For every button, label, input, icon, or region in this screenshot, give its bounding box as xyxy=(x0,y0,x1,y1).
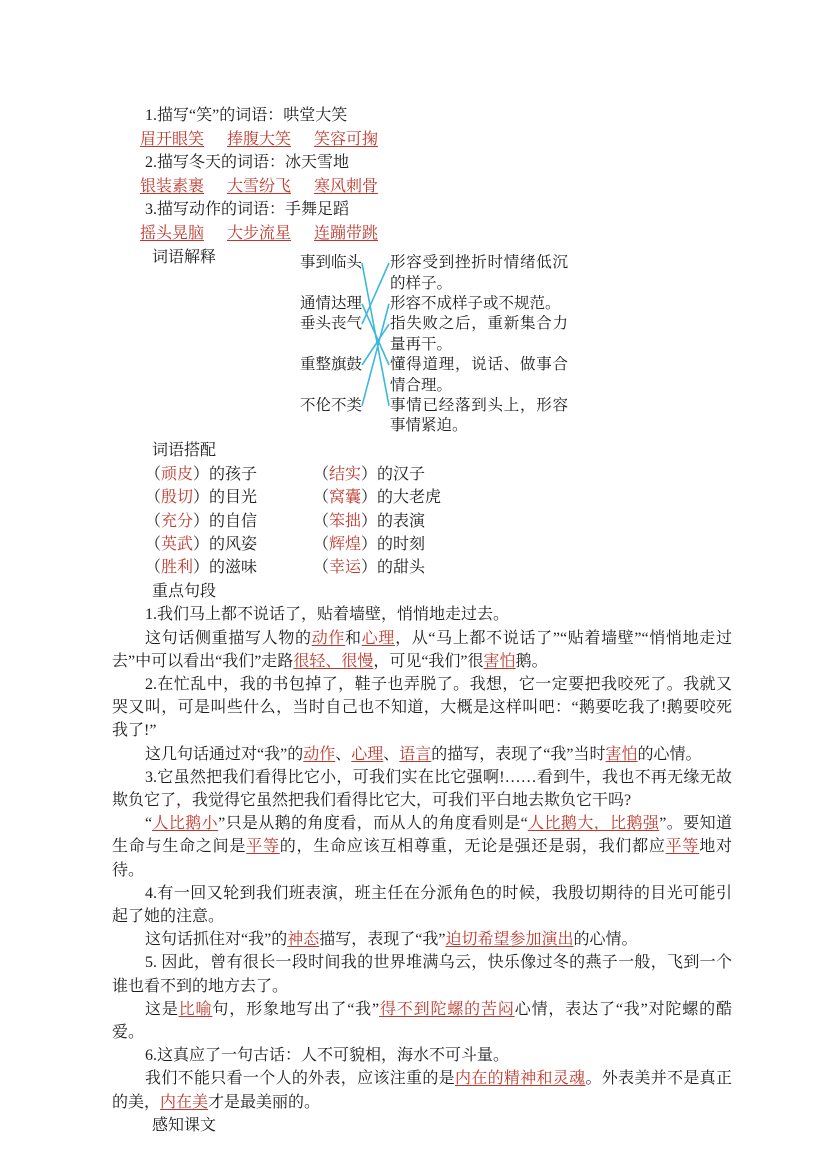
text-run: 6.这真应了一句古话：人不可貌相，海水不可斗量。 xyxy=(145,1047,509,1064)
highlighted-term: 平等 xyxy=(666,838,700,855)
match-line xyxy=(362,304,389,365)
paren-close: ） xyxy=(193,559,209,576)
collocation-tail: 的汉子 xyxy=(377,466,425,483)
text-run: 的心情。 xyxy=(638,746,702,763)
match-line xyxy=(362,324,389,365)
paren-close: ） xyxy=(193,489,209,506)
key-sentence-paragraph: 这几句话通过对“我”的动作、心理、语言的描写，表现了“我”当时害怕的心情。 xyxy=(112,743,732,766)
definition-text: 指失败之后，重新集合力量再干。 xyxy=(390,314,568,355)
collocation-item: （充分）的自信 xyxy=(145,510,313,533)
collocations-section: （顽皮）的孩子（结实）的汉子（殷切）的目光（窝囊）的大老虎（充分）的自信（笨拙）… xyxy=(145,463,732,580)
word-list-prompt: 3.描写动作的词语：手舞足蹈 xyxy=(112,198,732,222)
collocation-blank: 顽皮 xyxy=(161,466,193,483)
highlighted-term: 比喻 xyxy=(179,1001,213,1018)
collocation-tail: 的孩子 xyxy=(209,466,257,483)
match-line xyxy=(362,304,389,406)
collocation-item: （窝囊）的大老虎 xyxy=(313,486,732,509)
collocation-blank: 笨拙 xyxy=(329,513,361,530)
text-run: 的描写，表现了“我”当时 xyxy=(431,746,605,763)
idiom-label: 事到临头 xyxy=(300,253,362,273)
word-lists-section: 1.描写“笑”的词语：哄堂大笑眉开眼笑捧腹大笑笑容可掬2.描写冬天的词语：冰天雪… xyxy=(112,104,732,246)
text-run: 这几句话通过对“我”的 xyxy=(145,746,303,763)
highlighted-term: 迫切希望参加演出 xyxy=(445,931,573,948)
idiom-label: 重整旗鼓 xyxy=(300,355,362,375)
highlighted-term: 动作 xyxy=(303,746,335,763)
key-sentence-paragraph: 这句话抓住对“我”的神态描写，表现了“我”迫切希望参加演出的心情。 xyxy=(112,928,732,951)
heading-perceive-text: 感知课文 xyxy=(112,1114,732,1138)
paren-close: ） xyxy=(361,513,377,530)
idiom-label: 通情达理 xyxy=(300,294,362,314)
answer-word: 银装素裹 xyxy=(140,178,204,195)
answer-word: 笑容可掬 xyxy=(314,131,378,148)
collocation-tail: 的甜头 xyxy=(377,559,425,576)
paren-close: ） xyxy=(193,513,209,530)
word-list-answers: 摇头晃脑大步流星连蹦带跳 xyxy=(112,222,732,246)
text-run: 的，生命应该互相尊重，无论是强还是弱，我们都应 xyxy=(280,838,666,855)
heading-word-collocation: 词语搭配 xyxy=(112,439,732,463)
highlighted-term: 人比鹅小 xyxy=(152,815,218,832)
collocation-blank: 窝囊 xyxy=(329,489,361,506)
paren-open: （ xyxy=(145,559,161,576)
document-page: 1.描写“笑”的词语：哄堂大笑眉开眼笑捧腹大笑笑容可掬2.描写冬天的词语：冰天雪… xyxy=(0,0,826,1137)
text-run: 的心情。 xyxy=(573,931,637,948)
definition-text: 形容受到挫折时情绪低沉的样子。 xyxy=(390,253,568,294)
text-run: 3.它虽然把我们看得比它小，可我们实在比它强啊!……看到牛，我也不再无缘无故欺负… xyxy=(112,769,732,809)
word-list-answers: 眉开眼笑捧腹大笑笑容可掬 xyxy=(112,128,732,152)
answer-word: 眉开眼笑 xyxy=(140,131,204,148)
heading-key-sentences: 重点句段 xyxy=(112,580,732,604)
collocation-item: （结实）的汉子 xyxy=(313,463,732,486)
match-line xyxy=(362,263,389,406)
text-run: 、 xyxy=(335,746,351,763)
collocation-blank: 充分 xyxy=(161,513,193,530)
text-run: 5. 因此，曾有很长一段时间我的世界堆满乌云，快乐像过冬的燕子一般，飞到一个谁也… xyxy=(112,954,732,994)
idiom-label: 不伦不类 xyxy=(300,396,362,416)
paren-open: （ xyxy=(145,513,161,530)
highlighted-term: 神态 xyxy=(287,931,319,948)
key-sentence-paragraph: 6.这真应了一句古话：人不可貌相，海水不可斗量。 xyxy=(112,1044,732,1067)
matching-diagram: 事到临头通情达理垂头丧气重整旗鼓不伦不类形容受到挫折时情绪低沉的样子。形容不成样… xyxy=(300,253,600,439)
paren-open: （ xyxy=(313,489,329,506)
definition-text: 懂得道理，说话、做事合情合理。 xyxy=(390,355,568,396)
collocation-blank: 英武 xyxy=(161,536,193,553)
collocation-item: （笨拙）的表演 xyxy=(313,510,732,533)
collocation-tail: 的自信 xyxy=(209,513,257,530)
text-run: 描写，表现了“我” xyxy=(319,931,445,948)
text-run: 和 xyxy=(345,630,362,647)
word-list-answers: 银装素裹大雪纷飞寒风刺骨 xyxy=(112,175,732,199)
key-sentence-paragraph: 我们不能只看一个人的外表，应该注重的是内在的精神和灵魂。外表美并不是真正的美，内… xyxy=(112,1067,732,1113)
highlighted-term: 动作 xyxy=(312,630,345,647)
text-run: 句，形象地写出了“我” xyxy=(212,1001,379,1018)
answer-word: 摇头晃脑 xyxy=(140,225,204,242)
collocation-item: （胜利）的滋味 xyxy=(145,556,313,579)
paren-close: ） xyxy=(361,536,377,553)
text-run: 2.在忙乱中，我的书包掉了，鞋子也弄脱了。我想，它一定要把我咬死了。我就又哭又叫… xyxy=(112,676,732,739)
word-list-prompt: 1.描写“笑”的词语：哄堂大笑 xyxy=(112,104,732,128)
text-run: 、 xyxy=(383,746,399,763)
paren-open: （ xyxy=(313,536,329,553)
highlighted-term: 语言 xyxy=(399,746,431,763)
collocation-item: （幸运）的甜头 xyxy=(313,556,732,579)
answer-word: 寒风刺骨 xyxy=(314,178,378,195)
paren-open: （ xyxy=(313,559,329,576)
key-sentences-section: 1.我们马上都不说话了，贴着墙壁，悄悄地走过去。这句话侧重描写人物的动作和心理，… xyxy=(112,603,732,1113)
idiom-label: 垂头丧气 xyxy=(300,314,362,334)
word-list-prompt: 2.描写冬天的词语：冰天雪地 xyxy=(112,151,732,175)
answer-word: 连蹦带跳 xyxy=(314,225,378,242)
paren-open: （ xyxy=(145,466,161,483)
key-sentence-paragraph: 这句话侧重描写人物的动作和心理，从“马上都不说话了”“贴着墙壁”“悄悄地走过去”… xyxy=(112,627,732,673)
key-sentence-paragraph: 4.有一回又轮到我们班表演，班主任在分派角色的时候，我殷切期待的目光可能引起了她… xyxy=(112,882,732,928)
paren-close: ） xyxy=(193,466,209,483)
key-sentence-paragraph: 2.在忙乱中，我的书包掉了，鞋子也弄脱了。我想，它一定要把我咬死了。我就又哭又叫… xyxy=(112,673,732,743)
text-run: 4.有一回又轮到我们班表演，班主任在分派角色的时候，我殷切期待的目光可能引起了她… xyxy=(112,885,732,925)
answer-word: 大步流星 xyxy=(227,225,291,242)
paren-close: ） xyxy=(193,536,209,553)
highlighted-term: 内在的精神和灵魂 xyxy=(455,1070,586,1087)
collocation-item: （英武）的风姿 xyxy=(145,533,313,556)
text-run: 鹅。 xyxy=(516,653,548,670)
highlighted-term: 平等 xyxy=(246,838,280,855)
collocation-item: （殷切）的目光 xyxy=(145,486,313,509)
text-run: ，可见“我们”很 xyxy=(373,653,483,670)
definition-text: 事情已经落到头上，形容事情紧迫。 xyxy=(390,396,568,437)
collocation-blank: 幸运 xyxy=(329,559,361,576)
paren-open: （ xyxy=(145,536,161,553)
highlighted-term: 得不到陀螺的苦闷 xyxy=(379,1001,515,1018)
paren-close: ） xyxy=(361,559,377,576)
paren-open: （ xyxy=(145,489,161,506)
highlighted-term: 心理 xyxy=(351,746,383,763)
paren-close: ） xyxy=(361,466,377,483)
collocation-tail: 的时刻 xyxy=(377,536,425,553)
key-sentence-paragraph: 1.我们马上都不说话了，贴着墙壁，悄悄地走过去。 xyxy=(112,603,732,626)
answer-word: 捧腹大笑 xyxy=(227,131,291,148)
highlighted-term: 人比鹅大，比鹅强 xyxy=(528,815,660,832)
collocation-tail: 的滋味 xyxy=(209,559,257,576)
collocation-tail: 的风姿 xyxy=(209,536,257,553)
collocation-blank: 辉煌 xyxy=(329,536,361,553)
text-run: ”只是从鹅的角度看，而从人的角度看则是“ xyxy=(218,815,528,832)
key-sentence-paragraph: 5. 因此，曾有很长一段时间我的世界堆满乌云，快乐像过冬的燕子一般，飞到一个谁也… xyxy=(112,951,732,997)
text-run: 1.我们马上都不说话了，贴着墙壁，悄悄地走过去。 xyxy=(145,606,509,623)
key-sentence-paragraph: 这是比喻句，形象地写出了“我”得不到陀螺的苦闷心情，表达了“我”对陀螺的酷爱。 xyxy=(112,998,732,1044)
highlighted-term: 很轻、很慢 xyxy=(293,653,373,670)
answer-word: 大雪纷飞 xyxy=(227,178,291,195)
collocation-blank: 胜利 xyxy=(161,559,193,576)
paren-open: （ xyxy=(313,513,329,530)
paren-close: ） xyxy=(361,489,377,506)
definition-text: 形容不成样子或不规范。 xyxy=(390,294,568,314)
text-run: 这是 xyxy=(145,1001,179,1018)
key-sentence-paragraph: “人比鹅小”只是从鹅的角度看，而从人的角度看则是“人比鹅大，比鹅强”。要知道生命… xyxy=(112,812,732,882)
highlighted-term: 害怕 xyxy=(484,653,516,670)
collocation-item: （顽皮）的孩子 xyxy=(145,463,313,486)
text-run: 我们不能只看一个人的外表，应该注重的是 xyxy=(145,1070,455,1087)
text-run: 才是最美丽的。 xyxy=(208,1094,320,1111)
collocation-tail: 的表演 xyxy=(377,513,425,530)
collocation-tail: 的大老虎 xyxy=(377,489,441,506)
highlighted-term: 心理 xyxy=(362,630,395,647)
highlighted-term: 害怕 xyxy=(606,746,638,763)
match-line xyxy=(362,263,389,324)
highlighted-term: 内在美 xyxy=(160,1094,208,1111)
key-sentence-paragraph: 3.它虽然把我们看得比它小，可我们实在比它强啊!……看到牛，我也不再无缘无故欺负… xyxy=(112,766,732,812)
text-run: 这句话侧重描写人物的 xyxy=(145,630,312,647)
collocation-blank: 结实 xyxy=(329,466,361,483)
collocation-tail: 的目光 xyxy=(209,489,257,506)
collocation-item: （辉煌）的时刻 xyxy=(313,533,732,556)
paren-open: （ xyxy=(313,466,329,483)
collocation-blank: 殷切 xyxy=(161,489,193,506)
text-run: 这句话抓住对“我”的 xyxy=(145,931,287,948)
